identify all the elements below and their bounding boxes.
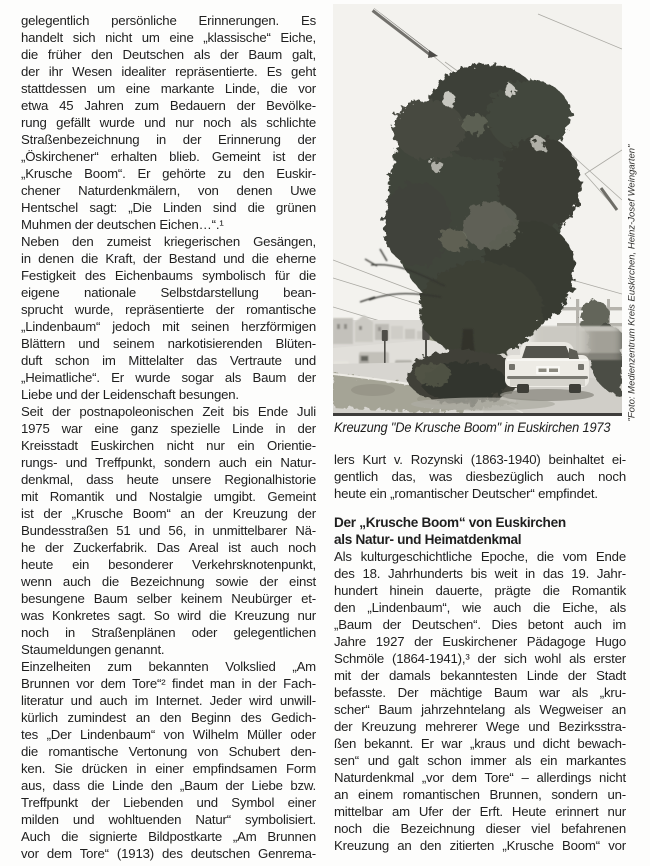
text-line: scher“ Baum jahrzehntelang als Wegweiser… [334, 701, 626, 718]
text-line: des 18. Jahrhunderts bis weit in das 19.… [334, 565, 626, 582]
left-text-column: gelegentlich persönliche Erinnerungen. E… [21, 12, 316, 862]
text-line: gentlich das, was diesbezüglich auch noc… [334, 468, 626, 485]
text-line: aus, dass die Linde den „Baum der Liebe … [21, 777, 316, 794]
text-line: he der Zuckerfabrik. Das Areal ist auch … [21, 539, 316, 556]
text-line: Naturdenkmal „vor dem Tore“ – allerdings… [334, 769, 626, 786]
text-line: kürlich zumindest an den Beginn des Gedi… [21, 709, 316, 726]
photo-credit: "Foto: Medienzentrum Kreis Euskirchen, H… [627, 142, 640, 422]
paragraph: Einzelheiten zum bekannten Volkslied „Am… [21, 658, 316, 862]
text-line: ken. Sie drücken in einer empfindsamen F… [21, 760, 316, 777]
text-line: die romantische Vertonung von Schubert d… [21, 743, 316, 760]
text-line: milden und wohltuenden Natur“ symbolisie… [21, 811, 316, 828]
text-line: ßen bekannt. Er war „kraus und dicht bew… [334, 735, 626, 752]
text-line: „Heimatliche“. Er wurde sogar als Baum d… [21, 369, 316, 386]
text-line: Brunnen vor dem Tore“² findet man in der… [21, 675, 316, 692]
text-line: hundert hinein dauerte, prägte die Roman… [334, 582, 626, 599]
book-page: gelegentlich persönliche Erinnerungen. E… [0, 0, 650, 866]
paragraph: gelegentlich persönliche Erinnerungen. E… [21, 12, 316, 233]
text-line: Straßenbezeichnung in der Erinnerung der [21, 131, 316, 148]
text-line: der ihr Wesen idealiter repräsentierte. … [21, 63, 316, 80]
paragraph: Seit der postnapoleonischen Zeit bis End… [21, 403, 316, 658]
text-line: der Kreuzung mehrerer Wege und Bezirksst… [334, 718, 626, 735]
text-line: besungene Baum selber keinem Neubürger e… [21, 590, 316, 607]
text-line: Bundesstraßen 51 und 56, in unmittelbare… [21, 522, 316, 539]
text-line: den „Lindenbaum“, wie auch die Eiche, al… [334, 599, 626, 616]
text-line: an einem romantischen Brunnen, sondern u… [334, 786, 626, 803]
text-line: Muhmen der deutschen Eichen…“.¹ [21, 216, 316, 233]
text-line: duft schon im Mittelalter das Vertraute … [21, 352, 316, 369]
text-line: gelegentlich persönliche Erinnerungen. E… [21, 12, 316, 29]
tree-photo-illustration [333, 4, 622, 413]
text-line: Staumeldungen genannt. [21, 641, 316, 658]
text-line: Neben den zumeist kriegerischen Gesängen… [21, 233, 316, 250]
text-line: Kreisstadt Euskirchen nicht nur ein Orie… [21, 437, 316, 454]
text-line: Blättern und seinem narkotisierenden Blü… [21, 335, 316, 352]
text-line: „Öskirchener“ erhalten blieb. Gemeint is… [21, 148, 316, 165]
text-line: lers Kurt v. Rozynski (1863-1940) beinha… [334, 451, 626, 468]
text-line: Jahre 1927 der Euskirchener Pädagoge Hug… [334, 633, 626, 650]
text-line: ist der „Krusche Boom“ an der Kreuzung d… [21, 505, 316, 522]
text-line: noch die Bezeichnung dieser viel befahre… [334, 820, 626, 837]
photo-caption: Kreuzung "De Krusche Boom" in Euskirchen… [334, 420, 614, 438]
text-line: was Konkretes sagt. So wird die Kreuzung… [21, 607, 316, 624]
text-line: befasste. Der mächtige Baum war als „kru… [334, 684, 626, 701]
text-line: literatur und auch im Internet. Jeder wi… [21, 692, 316, 709]
paragraph: lers Kurt v. Rozynski (1863-1940) beinha… [334, 451, 626, 502]
tree-crossing-photo [333, 4, 622, 413]
text-line: „Baum der Deutschen“. Dies betont auch i… [334, 616, 626, 633]
text-line: als Natur- und Heimatdenkmal [334, 531, 626, 548]
text-line: sprucht wurde, repräsentierte der romant… [21, 301, 316, 318]
text-line: stattdessen um eine markante Linde, die … [21, 80, 316, 97]
text-line: heute ein besonderer Verkehrsknotenpunkt… [21, 556, 316, 573]
paragraph: Neben den zumeist kriegerischen Gesängen… [21, 233, 316, 403]
text-line: etwa 45 Jahren zum Bedauern der Bevölke- [21, 97, 316, 114]
text-line: rung gefällt wurde und nur noch als schl… [21, 114, 316, 131]
text-line: heute ein „romantischer Deutscher“ empfi… [334, 485, 626, 502]
text-line: denkmal, dass heute unsere Regionalhisto… [21, 471, 316, 488]
text-line: 1975 war eine ganz spezielle Linde in de… [21, 420, 316, 437]
text-line: Liebe und der Leidenschaft besungen. [21, 386, 316, 403]
text-line: rungs- und Treffpunkt, sondern auch ein … [21, 454, 316, 471]
text-line: mit Romantik und Nostalgie umgibt. Gemei… [21, 488, 316, 505]
text-line: „Krusche Boom“. Er gehörte zu den Euskir… [21, 165, 316, 182]
text-line: eigene nationale Selbstdarstellung bean- [21, 284, 316, 301]
text-line: noch in Straßenplänen oder gelegentliche… [21, 624, 316, 641]
text-line: sen“ und galt schon immer als ein markan… [334, 752, 626, 769]
text-line: Als kulturgeschichtliche Epoche, die vom… [334, 548, 626, 565]
text-line: Hentschel sagt: „Die Linden sind die grü… [21, 199, 316, 216]
text-line: Kreuzung an den zitierten „Krusche Boom“… [334, 837, 626, 854]
text-line: wenn auch die Bezeichnung sowie der eins… [21, 573, 316, 590]
text-line: handelt sich nicht um eine „klassische“ … [21, 29, 316, 46]
text-line: in denen die Kraft, der Bestand und die … [21, 250, 316, 267]
text-line: Auch die signierte Bildpostkarte „Am Bru… [21, 828, 316, 845]
text-line: Schmöle (1864-1941),³ der sich wohl als … [334, 650, 626, 667]
paragraph: Als kulturgeschichtliche Epoche, die vom… [334, 548, 626, 854]
text-line: Festigkeit des Eichenbaums symbolisch fü… [21, 267, 316, 284]
text-line: Seit der postnapoleonischen Zeit bis End… [21, 403, 316, 420]
text-line: mit der damals bekanntesten Linde der St… [334, 667, 626, 684]
photo-bottom-rule [333, 413, 622, 416]
right-text-column: lers Kurt v. Rozynski (1863-1940) beinha… [334, 451, 626, 854]
section-heading: Der „Krusche Boom“ von Euskirchenals Nat… [334, 514, 626, 548]
text-line: Der „Krusche Boom“ von Euskirchen [334, 514, 626, 531]
text-line: die früher den Deutschen als der Baum ga… [21, 46, 316, 63]
text-line: Einzelheiten zum bekannten Volkslied „Am [21, 658, 316, 675]
text-line: „Lindenbaum“ jedoch mit seinen herzförmi… [21, 318, 316, 335]
text-line: tes „Der Lindenbaum“ von Wilhelm Müller … [21, 726, 316, 743]
text-line: mittelbar am Ufer der Erft. Heute erinne… [334, 803, 626, 820]
text-line: vor dem Tore“ (1913) des deutschen Genre… [21, 845, 316, 862]
text-line: chener Naturdenkmälern, von denen Uwe [21, 182, 316, 199]
text-line: Treffpunkt der Liebenden und Symbol eine… [21, 794, 316, 811]
